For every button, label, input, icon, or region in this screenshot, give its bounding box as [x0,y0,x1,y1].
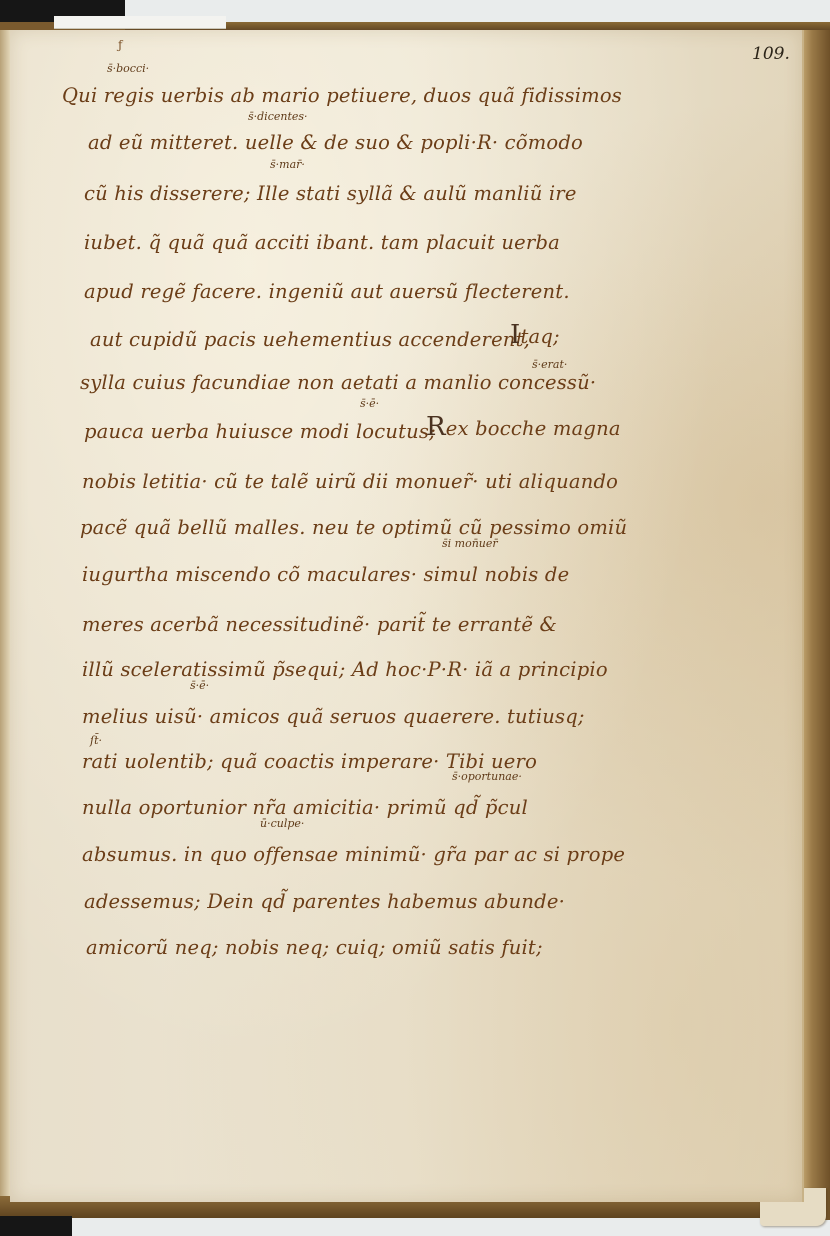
interlinear-gloss: s̄·ē· [360,397,379,410]
text-line: cũ his disserere; Ille stati syllã & aul… [84,182,577,205]
text-line: iugurtha miscendo cõ maculares· simul no… [82,563,569,586]
text-line: absumus. in quo offensae minimũ· gr̃a pa… [82,843,625,866]
text-line: apud regẽ facere. ingeniũ aut auersũ fle… [84,280,570,303]
text-line: meres acerbã necessitudinẽ· parit̃ te er… [82,613,557,636]
margin-mark: ƒ [118,38,122,52]
folio-number: 109. [752,44,790,64]
text-line: aut cupidũ pacis uehementius accenderent… [90,328,530,351]
interlinear-gloss: s̄·mar̄· [270,158,305,171]
interlinear-gloss: ſt̄· [90,734,102,747]
text-line: pauca uerba huiusce modi locutus; [84,420,436,443]
text-line: amicorũ neq; nobis neq; cuiq; omiũ satis… [86,936,543,959]
page-fore-edge [800,30,830,1220]
background-dark-corner-bottom [0,1216,72,1236]
initial-rex: Rex bocche magna [426,412,621,442]
text-line: adessemus; Dein qd̃ parentes habemus abu… [84,890,565,913]
interlinear-gloss: s̄·dicentes· [248,110,308,123]
text-line: rati uolentib; quã coactis imperare· Tib… [82,750,537,773]
text-line: iubet. q̃ quã quã acciti ibant. tam plac… [84,231,560,254]
interlinear-gloss: s̄·bocci· [107,62,149,75]
paper-label-strip [54,16,226,29]
initial-itaq: Itaq; [510,320,560,350]
text-line: ad eũ mitteret. uelle & de suo & popli·R… [88,131,583,154]
text-line: Qui regis uerbis ab mario petiuere, duos… [62,84,622,107]
text-line: nulla oportunior nr̃a amicitia· primũ qd… [82,796,528,819]
text-line: sylla cuius facundiae non aetati a manli… [80,371,596,394]
text-line: nobis letitia· cũ te talẽ uirũ dii monue… [82,470,618,493]
text-line: pacẽ quã bellũ malles. neu te optimũ cũ … [80,516,627,539]
text-line: illũ sceleratissimũ p̃sequi; Ad hoc·P·R·… [82,658,608,681]
interlinear-gloss: s̄·erat· [532,358,567,371]
text-line: melius uisũ· amicos quã seruos quaerere.… [82,705,585,728]
